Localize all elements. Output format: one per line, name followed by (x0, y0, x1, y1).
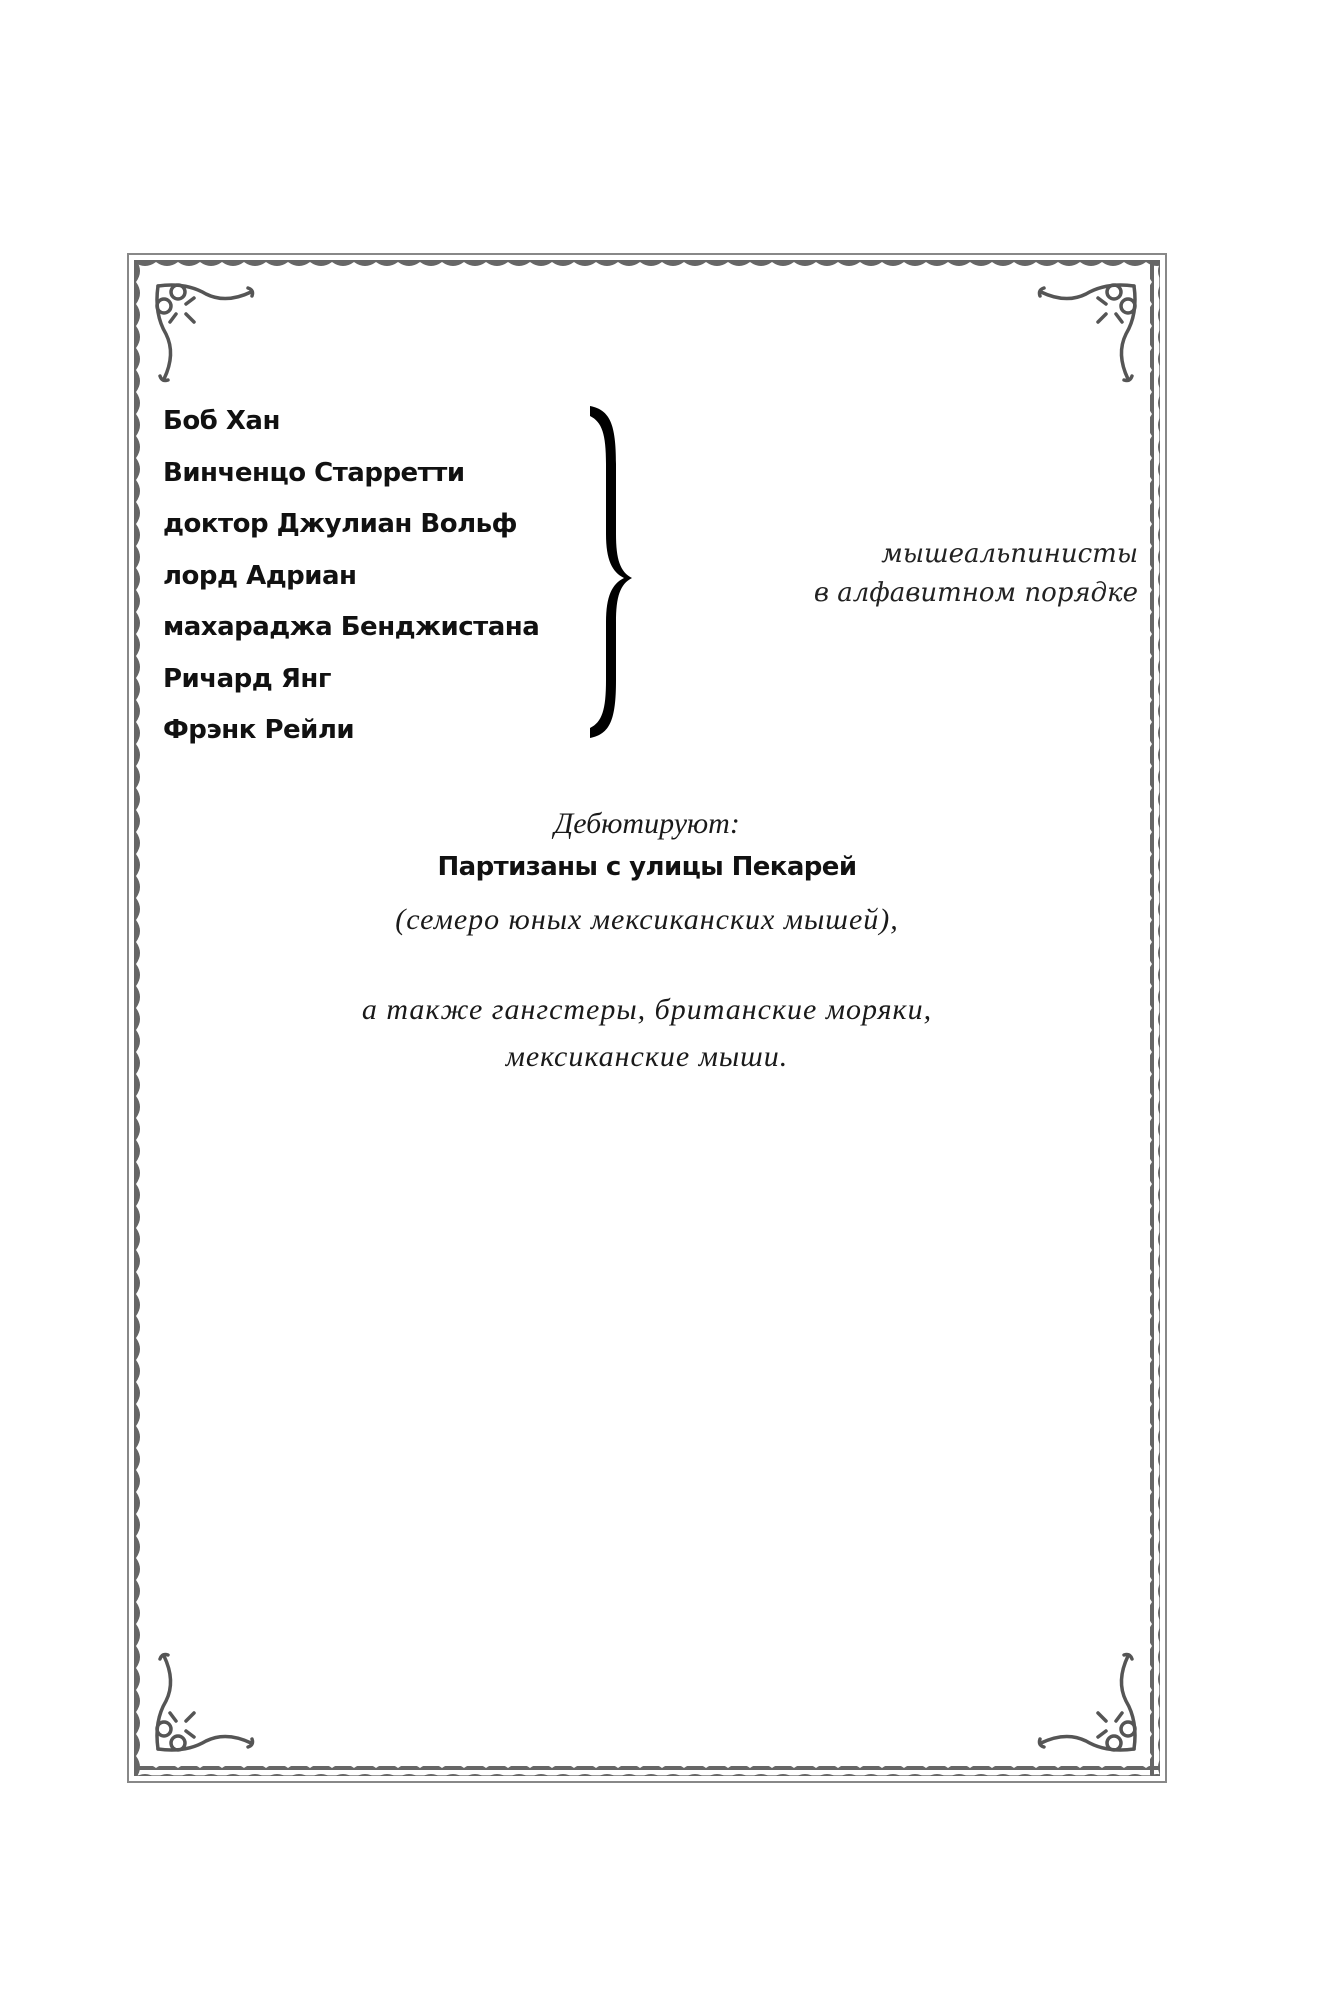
group-note: мышеальпинисты в алфавитном порядке (814, 535, 1138, 613)
debut-heading: Дебютируют: (127, 807, 1167, 841)
cast-names-list: Боб Хан Винченцо Старретти доктор Джулиа… (163, 396, 539, 757)
debut-description: (семеро юных мексиканских мышей), (127, 903, 1167, 937)
cast-name: Ричард Янг (163, 654, 539, 706)
cast-name: Боб Хан (163, 396, 539, 448)
cast-name: Фрэнк Рейли (163, 705, 539, 757)
debut-title: Партизаны с улицы Пекарей (127, 852, 1167, 882)
corner-ornament-top-left (146, 274, 261, 389)
cast-name: лорд Адриан (163, 551, 539, 603)
corner-ornament-top-right (1031, 274, 1146, 389)
also-line-1: а также гангстеры, британские моряки, (127, 993, 1167, 1027)
corner-ornament-bottom-right (1031, 1646, 1146, 1761)
right-curly-brace (586, 404, 634, 740)
group-note-line1: мышеальпинисты (814, 535, 1138, 574)
also-line-2: мексиканские мыши. (127, 1040, 1167, 1074)
group-note-line2: в алфавитном порядке (814, 574, 1138, 613)
corner-ornament-bottom-left (146, 1646, 261, 1761)
cast-name: доктор Джулиан Вольф (163, 499, 539, 551)
cast-name: Винченцо Старретти (163, 448, 539, 500)
cast-name: махараджа Бенджистана (163, 602, 539, 654)
